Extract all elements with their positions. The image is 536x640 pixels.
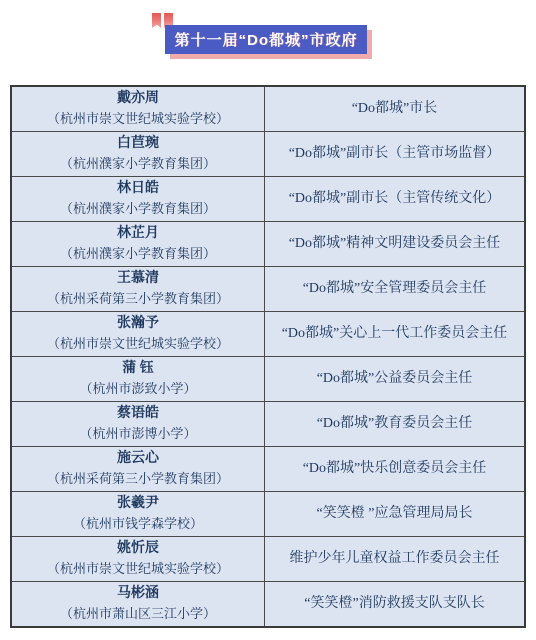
member-cell: 林日皓 （杭州濮家小学教育集团） xyxy=(12,177,265,221)
member-cell: 施云心 （杭州采荷第三小学教育集团） xyxy=(12,447,265,491)
member-name: 姚忻辰 xyxy=(117,539,159,559)
member-name: 白苣琬 xyxy=(117,134,159,154)
member-school: （杭州市崇文世纪城实验学校） xyxy=(47,110,229,129)
member-cell: 蒲 钰 （杭州市澎致小学） xyxy=(12,357,265,401)
position-cell: “Do都城”快乐创意委员会主任 xyxy=(265,447,524,491)
member-name: 林日皓 xyxy=(117,179,159,199)
member-name: 马彬涵 xyxy=(117,584,159,604)
member-school: （杭州市澎致小学） xyxy=(79,380,196,399)
member-school: （杭州采荷第三小学教育集团） xyxy=(47,290,229,309)
quote-square-icon xyxy=(152,13,161,28)
table-row: 姚忻辰 （杭州市崇文世纪城实验学校） 维护少年儿童权益工作委员会主任 xyxy=(12,537,524,582)
member-school: （杭州采荷第三小学教育集团） xyxy=(47,470,229,489)
position-cell: “笑笑橙”消防救援支队支队长 xyxy=(265,582,524,626)
member-position: “Do都城”快乐创意委员会主任 xyxy=(303,459,487,479)
member-position: “笑笑橙”消防救援支队支队长 xyxy=(304,594,484,614)
table-row: 林日皓 （杭州濮家小学教育集团） “Do都城”副市长（主管传统文化） xyxy=(12,177,524,222)
member-position: “Do都城”副市长（主管传统文化） xyxy=(289,189,501,209)
member-name: 蒲 钰 xyxy=(122,359,154,379)
table-row: 马彬涵 （杭州市萧山区三江小学） “笑笑橙”消防救援支队支队长 xyxy=(12,582,524,626)
position-cell: “Do都城”关心上一代工作委员会主任 xyxy=(265,312,524,356)
member-position: “Do都城”公益委员会主任 xyxy=(317,369,473,389)
table-row: 林芷月 （杭州濮家小学教育集团） “Do都城”精神文明建设委员会主任 xyxy=(12,222,524,267)
member-name: 张瀚予 xyxy=(117,314,159,334)
table-row: 白苣琬 （杭州濮家小学教育集团） “Do都城”副市长（主管市场监督） xyxy=(12,132,524,177)
member-school: （杭州市澎博小学） xyxy=(79,425,196,444)
table-row: 施云心 （杭州采荷第三小学教育集团） “Do都城”快乐创意委员会主任 xyxy=(12,447,524,492)
table-row: 蒲 钰 （杭州市澎致小学） “Do都城”公益委员会主任 xyxy=(12,357,524,402)
member-cell: 张瀚予 （杭州市崇文世纪城实验学校） xyxy=(12,312,265,356)
position-cell: “Do都城”公益委员会主任 xyxy=(265,357,524,401)
page-title: 第十一届“Do都城”市政府 xyxy=(165,25,367,54)
position-cell: “Do都城”精神文明建设委员会主任 xyxy=(265,222,524,266)
member-position: “Do都城”市长 xyxy=(352,99,438,119)
position-cell: 维护少年儿童权益工作委员会主任 xyxy=(265,537,524,581)
position-cell: “Do都城”教育委员会主任 xyxy=(265,402,524,446)
member-cell: 蔡语皓 （杭州市澎博小学） xyxy=(12,402,265,446)
member-cell: 王慕清 （杭州采荷第三小学教育集团） xyxy=(12,267,265,311)
member-name: 施云心 xyxy=(117,449,159,469)
member-cell: 马彬涵 （杭州市萧山区三江小学） xyxy=(12,582,265,626)
member-position: “Do都城”安全管理委员会主任 xyxy=(303,279,487,299)
table-row: 张瀚予 （杭州市崇文世纪城实验学校） “Do都城”关心上一代工作委员会主任 xyxy=(12,312,524,357)
member-name: 林芷月 xyxy=(117,224,159,244)
table-row: 王慕清 （杭州采荷第三小学教育集团） “Do都城”安全管理委员会主任 xyxy=(12,267,524,312)
member-school: （杭州濮家小学教育集团） xyxy=(60,245,216,264)
table-row: 戴亦周 （杭州市崇文世纪城实验学校） “Do都城”市长 xyxy=(12,87,524,132)
position-cell: “Do都城”副市长（主管传统文化） xyxy=(265,177,524,221)
member-school: （杭州濮家小学教育集团） xyxy=(60,200,216,219)
member-cell: 林芷月 （杭州濮家小学教育集团） xyxy=(12,222,265,266)
government-table: 戴亦周 （杭州市崇文世纪城实验学校） “Do都城”市长 白苣琬 （杭州濮家小学教… xyxy=(10,85,526,628)
position-cell: “Do都城”市长 xyxy=(265,87,524,131)
header: 第十一届“Do都城”市政府 xyxy=(0,0,536,80)
position-cell: “笑笑橙 ”应急管理局局长 xyxy=(265,492,524,536)
member-school: （杭州市萧山区三江小学） xyxy=(60,605,216,624)
member-position: “Do都城”副市长（主管市场监督） xyxy=(289,144,501,164)
table-row: 张羲尹 （杭州市钱学森学校） “笑笑橙 ”应急管理局局长 xyxy=(12,492,524,537)
position-cell: “Do都城”副市长（主管市场监督） xyxy=(265,132,524,176)
member-cell: 张羲尹 （杭州市钱学森学校） xyxy=(12,492,265,536)
member-school: （杭州市钱学森学校） xyxy=(73,515,203,534)
position-cell: “Do都城”安全管理委员会主任 xyxy=(265,267,524,311)
member-school: （杭州濮家小学教育集团） xyxy=(60,155,216,174)
member-position: “Do都城”关心上一代工作委员会主任 xyxy=(282,324,508,344)
member-position: “Do都城”精神文明建设委员会主任 xyxy=(289,234,501,254)
member-cell: 戴亦周 （杭州市崇文世纪城实验学校） xyxy=(12,87,265,131)
member-position: “笑笑橙 ”应急管理局局长 xyxy=(317,504,473,524)
member-position: “Do都城”教育委员会主任 xyxy=(317,414,473,434)
member-position: 维护少年儿童权益工作委员会主任 xyxy=(290,549,500,569)
member-school: （杭州市崇文世纪城实验学校） xyxy=(47,335,229,354)
member-name: 蔡语皓 xyxy=(117,404,159,424)
member-name: 王慕清 xyxy=(117,269,159,289)
member-cell: 白苣琬 （杭州濮家小学教育集团） xyxy=(12,132,265,176)
table-row: 蔡语皓 （杭州市澎博小学） “Do都城”教育委员会主任 xyxy=(12,402,524,447)
member-school: （杭州市崇文世纪城实验学校） xyxy=(47,560,229,579)
member-name: 张羲尹 xyxy=(117,494,159,514)
member-name: 戴亦周 xyxy=(117,89,159,109)
member-cell: 姚忻辰 （杭州市崇文世纪城实验学校） xyxy=(12,537,265,581)
